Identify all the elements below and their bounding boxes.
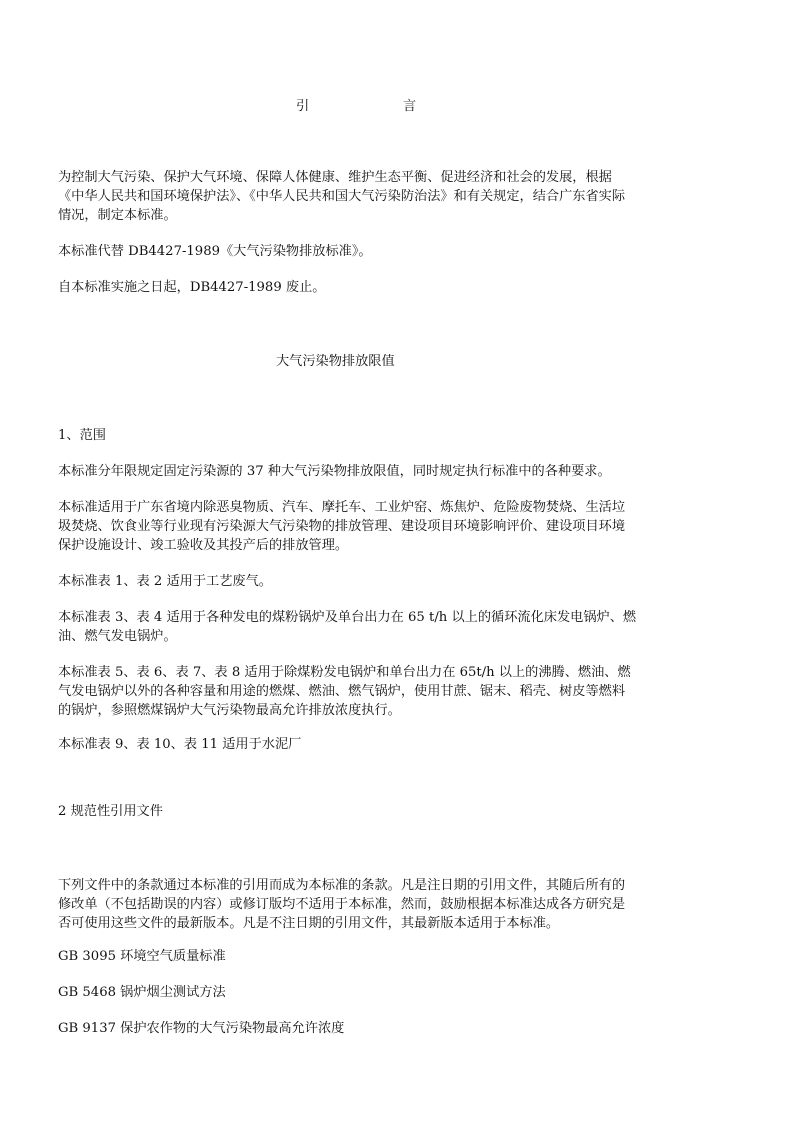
main-title: 大气污染物排放限值 <box>276 352 395 371</box>
reference-item-3: GB 9137 保护农作物的大气污染物最高允许浓度 <box>58 1019 638 1038</box>
section-2-paragraph-1: 下列文件中的条款通过本标准的引用而成为本标准的条款。凡是注日期的引用文件，其随后… <box>58 876 638 933</box>
reference-item-2: GB 5468 锅炉烟尘测试方法 <box>58 983 638 1002</box>
document-page: 引 言 为控制大气污染、保护大气环境、保障人体健康、维护生态平衡、促进经济和社会… <box>0 0 800 1131</box>
intro-title: 引 言 <box>296 97 416 116</box>
intro-title-char-1: 引 <box>296 97 309 116</box>
section-1-paragraph-2: 本标准适用于广东省境内除恶臭物质、汽车、摩托车、工业炉窑、炼焦炉、危险废物焚烧、… <box>58 498 638 555</box>
section-2-heading: 2 规范性引用文件 <box>58 802 638 821</box>
intro-paragraph-3: 自本标准实施之日起，DB4427-1989 废止。 <box>58 278 638 297</box>
intro-paragraph-2: 本标准代替 DB4427-1989《大气污染物排放标准》。 <box>58 242 638 261</box>
section-1-paragraph-6: 本标准表 9、表 10、表 11 适用于水泥厂 <box>58 735 638 754</box>
section-1-paragraph-4: 本标准表 3、表 4 适用于各种发电的煤粉锅炉及单台出力在 65 t/h 以上的… <box>58 608 638 646</box>
section-1-paragraph-3: 本标准表 1、表 2 适用于工艺废气。 <box>58 572 638 591</box>
section-1-paragraph-5: 本标准表 5、表 6、表 7、表 8 适用于除煤粉发电锅炉和单台出力在 65t/… <box>58 663 638 720</box>
section-1-paragraph-1: 本标准分年限规定固定污染源的 37 种大气污染物排放限值，同时规定执行标准中的各… <box>58 462 638 481</box>
section-1-heading: 1、范围 <box>58 426 638 445</box>
intro-paragraph-1: 为控制大气污染、保护大气环境、保障人体健康、维护生态平衡、促进经济和社会的发展，… <box>58 168 638 225</box>
reference-item-1: GB 3095 环境空气质量标准 <box>58 947 638 966</box>
intro-title-char-2: 言 <box>403 97 416 116</box>
